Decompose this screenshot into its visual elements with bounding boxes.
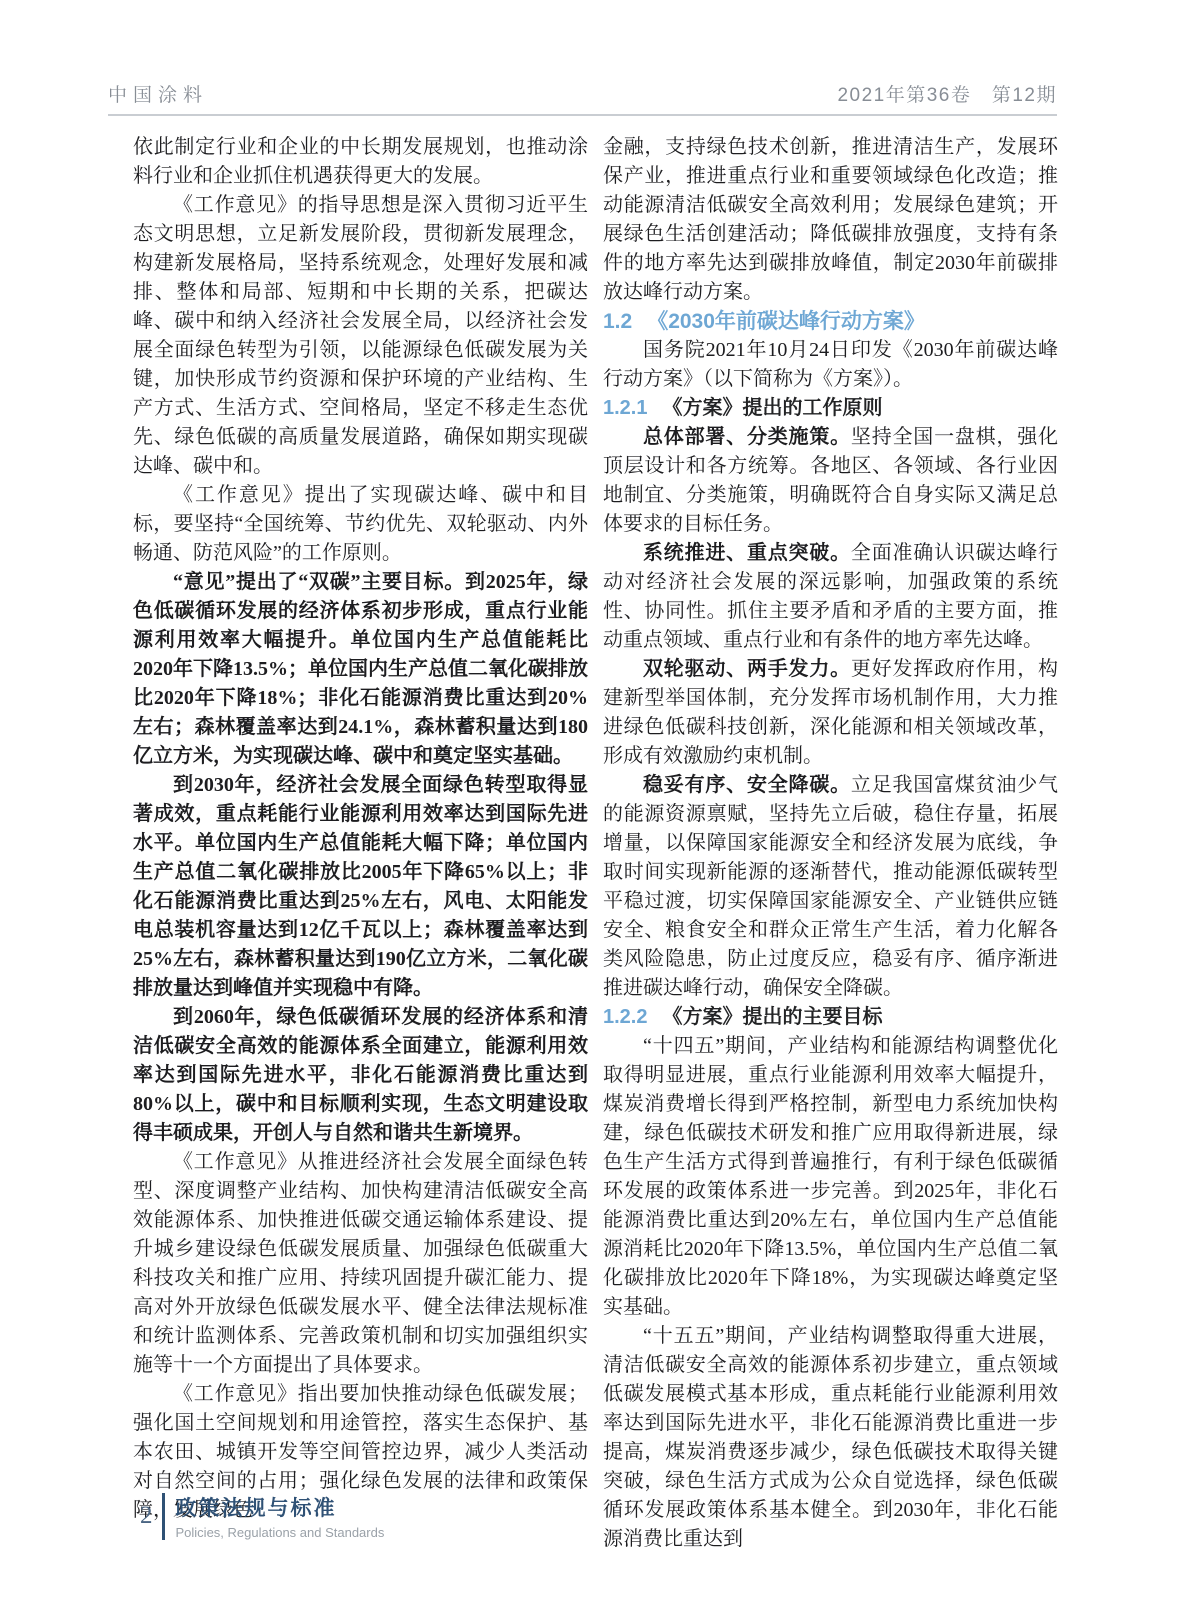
paragraph-continuation: 金融，支持绿色技术创新，推进清洁生产，发展环保产业，推进重点行业和重要领域绿色化… — [603, 133, 1058, 307]
section-title: 《2030年前碳达峰行动方案》 — [647, 310, 925, 333]
section-number: 1.2.1 — [603, 397, 647, 419]
section-number: 1.2 — [603, 310, 632, 333]
paragraph-eleven-aspects: 《工作意见》从推进经济社会发展全面绿色转型、深度调整产业结构、加快构建清洁低碳安… — [133, 1148, 588, 1380]
paragraph-2060-targets: 到2060年，绿色低碳循环发展的经济体系和清洁低碳安全高效的能源体系全面建立，能… — [133, 1003, 588, 1148]
paragraph-principle-dual-drive: 双轮驱动、两手发力。更好发挥政府作用，构建新型举国体制，充分发挥市场机制作用，大… — [603, 655, 1058, 771]
principle-lead: 系统推进、重点突破。 — [643, 542, 851, 564]
paragraph-principle-overall: 总体部署、分类施策。坚持全国一盘棋，强化顶层设计和各方统筹。各地区、各领域、各行… — [603, 423, 1058, 539]
paragraph-plan-issued: 国务院2021年10月24日印发《2030年前碳达峰行动方案》（以下简称为《方案… — [603, 336, 1058, 394]
page-number: 2 — [140, 1502, 153, 1530]
section-title-cn: 政策法规与标准 — [176, 1492, 385, 1522]
principle-lead: 稳妥有序、安全降碳。 — [643, 774, 851, 796]
right-column: 金融，支持绿色技术创新，推进清洁生产，发展环保产业，推进重点行业和重要领域绿色化… — [603, 133, 1058, 1554]
footer-divider — [162, 1493, 165, 1540]
paragraph-2030-targets: 到2030年，经济社会发展全面绿色转型取得显著成效，重点耗能行业能源利用效率达到… — [133, 771, 588, 1003]
section-heading-1-2-1: 1.2.1《方案》提出的工作原则 — [603, 394, 1058, 423]
section-number: 1.2.2 — [603, 1006, 647, 1028]
section-title-en: Policies, Regulations and Standards — [176, 1525, 385, 1540]
left-column: 依此制定行业和企业的中长期发展规划，也推动涂料行业和企业抓住机遇获得更大的发展。… — [133, 133, 588, 1554]
section-title: 《方案》提出的主要目标 — [662, 1006, 882, 1028]
section-title: 《方案》提出的工作原则 — [662, 397, 882, 419]
principle-text: 立足我国富煤贫油少气的能源资源禀赋，坚持先立后破，稳住存量，拓展增量，以保障国家… — [603, 774, 1058, 999]
journal-page: 中国涂料 2021年第36卷 第12期 依此制定行业和企业的中长期发展规划，也推… — [0, 0, 1187, 1600]
paragraph-2025-targets: “意见”提出了“双碳”主要目标。到2025年，绿色低碳循环发展的经济体系初步形成… — [133, 568, 588, 771]
footer-section-titles: 政策法规与标准 Policies, Regulations and Standa… — [176, 1492, 385, 1540]
principle-lead: 总体部署、分类施策。 — [643, 426, 851, 448]
section-heading-1-2-2: 1.2.2《方案》提出的主要目标 — [603, 1003, 1058, 1032]
paragraph-continuation: 依此制定行业和企业的中长期发展规划，也推动涂料行业和企业抓住机遇获得更大的发展。 — [133, 133, 588, 191]
principle-lead: 双轮驱动、两手发力。 — [643, 658, 851, 680]
article-body: 依此制定行业和企业的中长期发展规划，也推动涂料行业和企业抓住机遇获得更大的发展。… — [133, 133, 1058, 1554]
issue-info: 2021年第36卷 第12期 — [837, 80, 1057, 107]
section-heading-1-2: 1.2《2030年前碳达峰行动方案》 — [603, 307, 1058, 336]
paragraph-goal-14th-five: “十四五”期间，产业结构和能源结构调整优化取得明显进展，重点行业能源利用效率大幅… — [603, 1032, 1058, 1322]
page-footer: 2 政策法规与标准 Policies, Regulations and Stan… — [140, 1492, 384, 1540]
paragraph-goal-15th-five: “十五五”期间，产业结构调整取得重大进展，清洁低碳安全高效的能源体系初步建立，重… — [603, 1322, 1058, 1554]
paragraph-principle-systematic: 系统推进、重点突破。全面准确认识碳达峰行动对经济社会发展的深远影响，加强政策的系… — [603, 539, 1058, 655]
paragraph-guiding-ideology: 《工作意见》的指导思想是深入贯彻习近平生态文明思想，立足新发展阶段，贯彻新发展理… — [133, 191, 588, 481]
paragraph-principle-steady: 稳妥有序、安全降碳。立足我国富煤贫油少气的能源资源禀赋，坚持先立后破，稳住存量，… — [603, 771, 1058, 1003]
page-header: 中国涂料 2021年第36卷 第12期 — [108, 80, 1057, 116]
paragraph-work-principles: 《工作意见》提出了实现碳达峰、碳中和目标，要坚持“全国统筹、节约优先、双轮驱动、… — [133, 481, 588, 568]
journal-name: 中国涂料 — [108, 80, 208, 107]
